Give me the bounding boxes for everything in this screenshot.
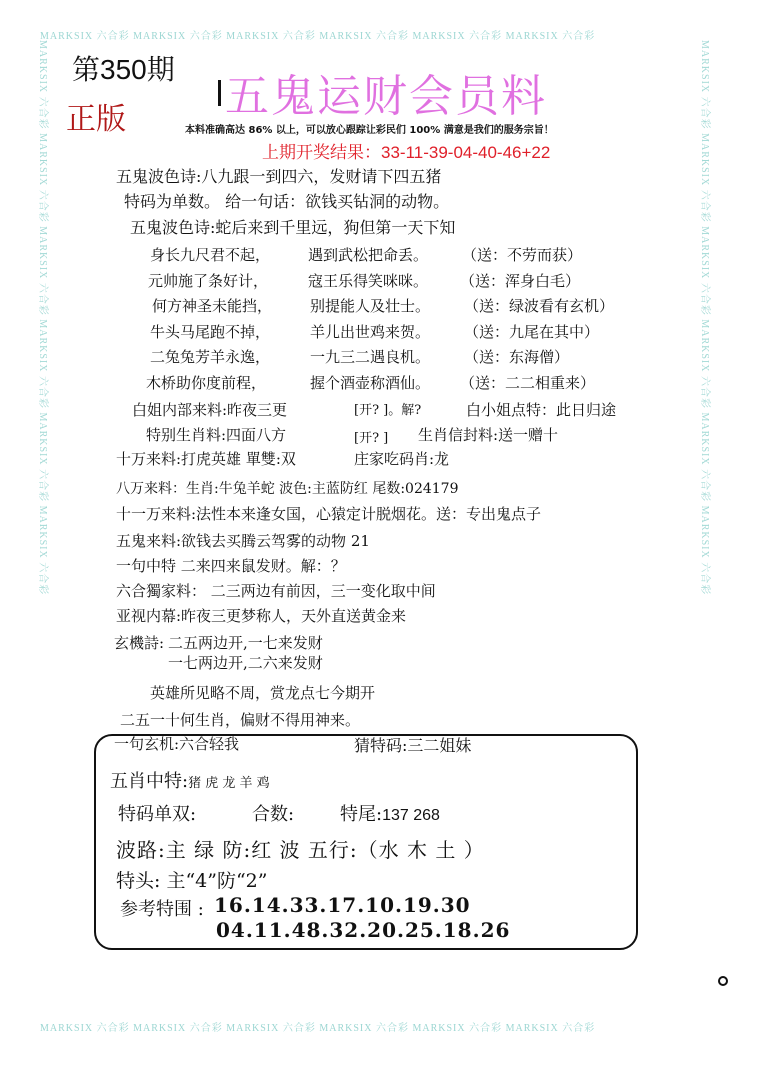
tail-line: 特尾:137 268 — [340, 800, 440, 826]
wave-line: 波路:主 绿 防:红 波 五行:（水 木 土 ） — [116, 834, 485, 863]
sum-label: 合数: — [252, 800, 294, 826]
wugui-line: 五鬼来料:欲钱去买腾云驾雾的动物 21 — [116, 530, 370, 551]
page-title: 五鬼运财会员料 — [225, 60, 547, 124]
tail-label: 特尾: — [340, 804, 382, 825]
reference-label: 参考特围 : — [120, 895, 204, 921]
reference-numbers-1: 16.14.33.17.10.19.30 — [214, 893, 471, 917]
watermark-left: MARKSIX 六合彩 MARKSIX 六合彩 MARKSIX 六合彩 MARK… — [37, 40, 52, 595]
watermark-top: MARKSIX 六合彩 MARKSIX 六合彩 MARKSIX 六合彩 MARK… — [40, 27, 595, 42]
watermark-bottom: MARKSIX 六合彩 MARKSIX 六合彩 MARKSIX 六合彩 MARK… — [40, 1019, 595, 1034]
poem-row: 木桥助你度前程， 握个酒壶称酒仙。 （送：二二相重来） — [146, 372, 266, 393]
baixiaojie-line: 白小姐点特：此日归途 — [466, 399, 616, 420]
erwu-line: 二五一十何生肖，偏财不得用神来。 — [120, 709, 360, 730]
xuanji-box-line: 一句玄机:六合轻我 — [114, 733, 239, 754]
tebie-line: 特别生肖料:四面八方 — [146, 424, 286, 445]
xuanji-label: 玄機詩: — [114, 632, 164, 653]
corner-dot — [718, 976, 728, 986]
xinfeng-line: 生肖信封料:送一赠十 — [418, 424, 558, 445]
five-zodiac-values: 猪 虎 龙 羊 鸡 — [188, 776, 270, 791]
poem-row: 二兔兔芳羊永逸， 一九三二遇良机。 （送：东海僧） — [150, 346, 270, 367]
poem-row: 元帅施了条好计， 寇王乐得笑咪咪。 （送：浑身白毛） — [148, 270, 268, 291]
yiju-line: 一句中特 二来四来鼠发财。解：？ — [116, 555, 346, 576]
edition-label: 正版 — [66, 94, 126, 138]
head-line: 特头: 主“4”防“2” — [116, 866, 267, 893]
slogan: 本料准确高达 86% 以上，可以放心跟踪让彩民们 100% 满意是我们的服务宗旨… — [185, 121, 554, 136]
issue-number: 第350期 — [72, 48, 175, 88]
xuanji-line-2: 一七两边开,二六来发财 — [168, 652, 323, 673]
liuhe-line: 六合獨家料： 二三两边有前因，三一变化取中间 — [116, 580, 436, 601]
shiwan-line: 十万来料:打虎英雄 單雙:双 — [116, 448, 296, 469]
zhuangjia-line: 庄家吃码肖:龙 — [354, 448, 449, 469]
baijie-line: 白姐内部来料:昨夜三更 — [132, 399, 287, 420]
special-odd-line: 特码为单数。 给一句话：欲钱买钻洞的动物。 — [124, 189, 449, 212]
baijie-open: [开? ]。解? — [354, 399, 421, 418]
tail-values: 137 268 — [382, 807, 440, 824]
watermark-right: MARKSIX 六合彩 MARKSIX 六合彩 MARKSIX 六合彩 MARK… — [699, 40, 714, 595]
last-result-numbers: 33-11-39-04-40-46+22 — [381, 143, 550, 162]
last-result: 上期开奖结果：33-11-39-04-40-46+22 — [262, 138, 550, 163]
poem-line-1: 五鬼波色诗:八九跟一到四六，发财请下四五猪 — [116, 164, 441, 187]
reference-numbers-2: 04.11.48.32.20.25.18.26 — [216, 918, 510, 942]
yingxiong-line: 英雄所见略不周，赏龙点七今期开 — [150, 682, 375, 703]
tebie-open: [开? ] — [354, 427, 388, 446]
last-result-label: 上期开奖结果： — [262, 143, 381, 162]
shiyiwan-line: 十一万来料:法性本来逢女国，心猿定计脱烟花。送：专出鬼点子 — [116, 503, 541, 524]
poem-row: 何方神圣未能挡， 别提能人及壮士。 （送：绿波看有玄机） — [152, 295, 272, 316]
bawan-line: 八万来料：生肖:牛兔羊蛇 波色:主蓝防红 尾数:024179 — [116, 478, 459, 498]
poem-line-2: 五鬼波色诗:蛇后来到千里远，狗但第一天下知 — [130, 215, 455, 238]
poem-row: 牛头马尾跑不掉， 羊儿出世鸡来贺。 （送：九尾在其中） — [150, 321, 270, 342]
yashi-line: 亚视内幕:昨夜三更梦称人，天外直送黄金来 — [116, 605, 406, 626]
poem-row: 身长九尺君不起， 遇到武松把命丢。 （送：不劳而获） — [150, 244, 270, 265]
guess-special-line: 猜特码:三二姐妹 — [354, 733, 471, 756]
xuanji-line-1: 二五两边开,一七来发财 — [168, 632, 323, 653]
five-zodiac-line: 五肖中特:猪 虎 龙 羊 鸡 — [110, 767, 270, 793]
title-divider — [218, 80, 221, 106]
five-zodiac-label: 五肖中特: — [110, 771, 188, 792]
odd-even-label: 特码单双: — [118, 800, 196, 826]
